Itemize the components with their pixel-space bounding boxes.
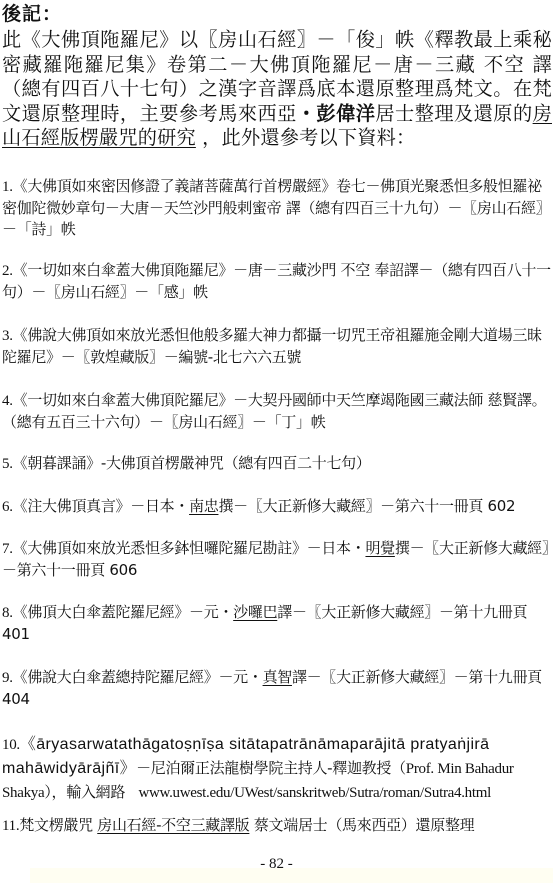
intro-text-2: 居士整理及還原的 xyxy=(375,102,532,125)
reference-text: 《注大佛頂真言》－日本・ xyxy=(13,497,189,515)
intro-paragraph: 此《大佛頂陁羅尼》以〖房山石經〗－「俊」帙《釋教最上乘秘密藏羅陁羅尼集》卷第二－… xyxy=(2,28,552,151)
reference-text-post: ），輸入網路 xyxy=(44,783,125,801)
reference-item-4: 4.《一切如來白傘蓋大佛頂陀羅尼》－大契丹國師中天竺摩竭陁國三藏法師 慈賢譯。（… xyxy=(2,390,552,433)
reference-item-1: 1.《大佛頂如來密因修證了義諸菩薩萬行首楞嚴經》卷七－佛頂光聚悉怛多般怛羅祕密伽… xyxy=(2,176,552,240)
reference-item-5: 5.《朝暮課誦》-大佛頂首楞嚴神咒（總有四百二十七句） xyxy=(2,453,552,475)
reference-text: 《佛頂大白傘蓋陀羅尼經》－元・ xyxy=(13,603,234,621)
reference-number: 5. xyxy=(2,456,13,472)
author-link[interactable]: 真智 xyxy=(263,668,292,686)
reference-item-8: 8.《佛頂大白傘蓋陀羅尼經》－元・沙囉巴譯－〖大正新修大藏經〗－第十九冊頁 40… xyxy=(2,602,552,645)
intro-text-3: ，此外還參考以下資料： xyxy=(196,126,416,149)
reference-item-2: 2.《一切如來白傘蓋大佛頂陁羅尼》－唐－三藏沙門 不空 奉詔譯－（總有四百八十一… xyxy=(2,260,552,303)
reference-text-post: 撰－〖大正新修大藏經〗－第六十一冊頁 602 xyxy=(218,497,515,515)
reference-item-10: 10.《āryasarwatathāgatoṣṇīṣa sitātapatrān… xyxy=(2,733,552,805)
reference-text: 《一切如來白傘蓋大佛頂陁羅尼》－唐－三藏沙門 不空 奉詔譯－（總有四百八十一句）… xyxy=(2,261,551,301)
document-page: 後記： 此《大佛頂陁羅尼》以〖房山石經〗－「俊」帙《釋教最上乘秘密藏羅陁羅尼集》… xyxy=(0,0,553,883)
reference-item-3: 3.《佛說大佛頂如來放光悉怛他般多羅大神力都攝一切咒王帝祖羅施金剛大道場三昧陀羅… xyxy=(2,325,552,368)
reference-text: 《大佛頂如來放光悉怛多鉢怛囉陀羅尼勘註》－日本・ xyxy=(13,539,366,557)
reference-number: 11. xyxy=(2,818,19,834)
reference-number: 3. xyxy=(2,328,13,344)
edition-link[interactable]: 房山石經-不空三藏譯版 xyxy=(97,816,249,834)
reference-number: 6. xyxy=(2,499,13,515)
reference-url-link[interactable]: www.uwest.edu/UWest/sanskritweb/Sutra/ro… xyxy=(138,785,491,801)
reference-text: 《一切如來白傘蓋大佛頂陀羅尼》－大契丹國師中天竺摩竭陁國三藏法師 慈賢譯。（總有… xyxy=(2,391,546,431)
reference-text: 《佛說大白傘蓋總持陀羅尼經》－元・ xyxy=(13,668,263,686)
reference-number: 2. xyxy=(2,263,13,279)
reference-text: －尼泊爾正法龍樹學院主持人-釋迦教授（ xyxy=(136,759,406,777)
reference-text: 《大佛頂如來密因修證了義諸菩薩萬行首楞嚴經》卷七－佛頂光聚悉怛多般怛羅祕密伽陀微… xyxy=(2,177,550,238)
author-link[interactable]: 明覺 xyxy=(365,539,394,557)
reference-item-11: 11.梵文楞嚴咒 房山石經-不空三藏譯版 蔡文端居士（馬來西亞）還原整理 xyxy=(2,815,552,837)
reference-number: 8. xyxy=(2,605,13,621)
reference-item-6: 6.《注大佛頂真言》－日本・南忠撰－〖大正新修大藏經〗－第六十一冊頁 602 xyxy=(2,496,552,518)
reference-number: 9. xyxy=(2,670,13,686)
reference-number: 10. xyxy=(2,737,20,753)
reference-number: 1. xyxy=(2,179,13,195)
reference-number: 4. xyxy=(2,393,13,409)
reference-item-7: 7.《大佛頂如來放光悉怛多鉢怛囉陀羅尼勘註》－日本・明覺撰－〖大正新修大藏經〗－… xyxy=(2,538,552,581)
author-name: ・彭偉洋 xyxy=(297,102,376,125)
reference-text: 梵文楞嚴咒 xyxy=(19,816,97,834)
reference-text: 《佛說大佛頂如來放光悉怛他般多羅大神力都攝一切咒王帝祖羅施金剛大道場三昧陀羅尼》… xyxy=(2,326,542,366)
reference-item-9: 9.《佛說大白傘蓋總持陀羅尼經》－元・真智譯－〖大正新修大藏經〗－第十九冊頁 4… xyxy=(2,667,552,710)
reference-text: 《朝暮課誦》-大佛頂首楞嚴神咒（總有四百二十七句） xyxy=(13,454,371,472)
author-link[interactable]: 南忠 xyxy=(189,497,218,515)
section-heading: 後記： xyxy=(2,2,62,26)
reference-text-post: 蔡文端居士（馬來西亞）還原整理 xyxy=(249,816,474,834)
page-number: - 82 - xyxy=(0,856,553,873)
author-link[interactable]: 沙囉巴 xyxy=(233,603,277,621)
reference-number: 7. xyxy=(2,541,13,557)
